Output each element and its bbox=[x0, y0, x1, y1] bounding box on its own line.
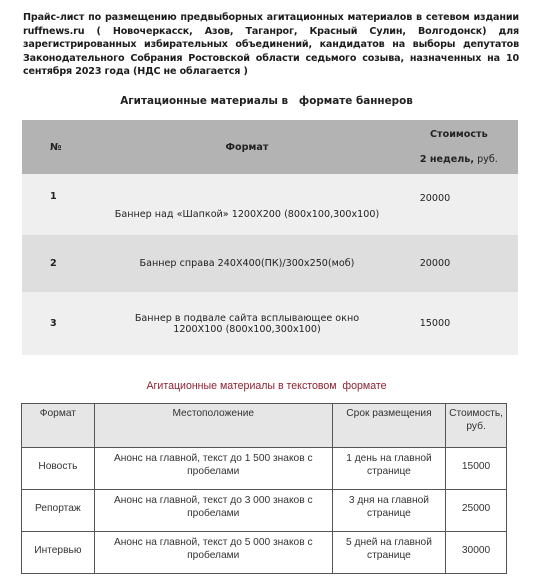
header-price-line1: Стоимость bbox=[400, 129, 518, 140]
text-formats-table-header: Формат Местоположение Срок размещения Ст… bbox=[22, 404, 507, 448]
header-num: № bbox=[22, 120, 94, 174]
text-formats-table: Формат Местоположение Срок размещения Ст… bbox=[21, 403, 507, 574]
row-price: 20000 bbox=[400, 174, 518, 235]
header-location: Местоположение bbox=[94, 404, 332, 448]
table-row: 3 Баннер в подвале сайта всплывающее окн… bbox=[22, 292, 518, 355]
header-format: Формат bbox=[94, 120, 399, 174]
row-price-value: 20000 bbox=[420, 193, 451, 204]
row-format: Репортаж bbox=[22, 490, 95, 532]
header-term: Срок размещения bbox=[332, 404, 445, 448]
table-row: Интервью Анонс на главной, текст до 5 00… bbox=[22, 532, 507, 574]
row-price: 20000 bbox=[400, 235, 518, 292]
row-cost: 25000 bbox=[446, 490, 507, 532]
header-price-period: 2 недель, bbox=[420, 154, 474, 165]
header-format: Формат bbox=[22, 404, 95, 448]
row-term: 1 день на главной странице bbox=[332, 448, 445, 490]
row-price: 15000 bbox=[400, 292, 518, 355]
banners-table: № Формат Стоимость 2 недель, руб. 1 Банн… bbox=[22, 120, 518, 355]
row-format: Новость bbox=[22, 448, 95, 490]
row-term: 5 дней на главной странице bbox=[332, 532, 445, 574]
table-row: 2 Баннер справа 240Х400(ПК)/300х250(моб)… bbox=[22, 235, 518, 292]
row-cost: 30000 bbox=[446, 532, 507, 574]
row-cost: 15000 bbox=[446, 448, 507, 490]
table-row: 1 Баннер над «Шапкой» 1200Х200 (800х100,… bbox=[22, 174, 518, 235]
price-list-intro: Прайс-лист по размещению предвыборных аг… bbox=[23, 11, 519, 79]
header-cost: Стоимость, руб. bbox=[446, 404, 507, 448]
text-formats-section-title: Агитационные материалы в текстовом форма… bbox=[0, 380, 533, 392]
row-num: 3 bbox=[22, 292, 94, 355]
row-format: Баннер справа 240Х400(ПК)/300х250(моб) bbox=[94, 235, 399, 292]
table-row: Новость Анонс на главной, текст до 1 500… bbox=[22, 448, 507, 490]
row-format-value: Баннер над «Шапкой» 1200Х200 (800х100,30… bbox=[115, 209, 379, 220]
header-price-unit: руб. bbox=[474, 154, 498, 165]
table-row: Репортаж Анонс на главной, текст до 3 00… bbox=[22, 490, 507, 532]
row-location: Анонс на главной, текст до 3 000 знаков … bbox=[94, 490, 332, 532]
row-num-value: 1 bbox=[50, 191, 57, 202]
row-term: 3 дня на главной странице bbox=[332, 490, 445, 532]
banners-section-title: Агитационные материалы в формате баннеро… bbox=[0, 95, 533, 107]
banners-table-header: № Формат Стоимость 2 недель, руб. bbox=[22, 120, 518, 174]
row-num: 1 bbox=[22, 174, 94, 235]
row-format: Баннер в подвале сайта всплывающее окно … bbox=[94, 292, 399, 355]
row-location: Анонс на главной, текст до 1 500 знаков … bbox=[94, 448, 332, 490]
header-price: Стоимость 2 недель, руб. bbox=[400, 120, 518, 174]
row-location: Анонс на главной, текст до 5 000 знаков … bbox=[94, 532, 332, 574]
row-num: 2 bbox=[22, 235, 94, 292]
row-format: Интервью bbox=[22, 532, 95, 574]
row-format: Баннер над «Шапкой» 1200Х200 (800х100,30… bbox=[94, 174, 399, 235]
header-price-line2: 2 недель, руб. bbox=[400, 154, 518, 165]
